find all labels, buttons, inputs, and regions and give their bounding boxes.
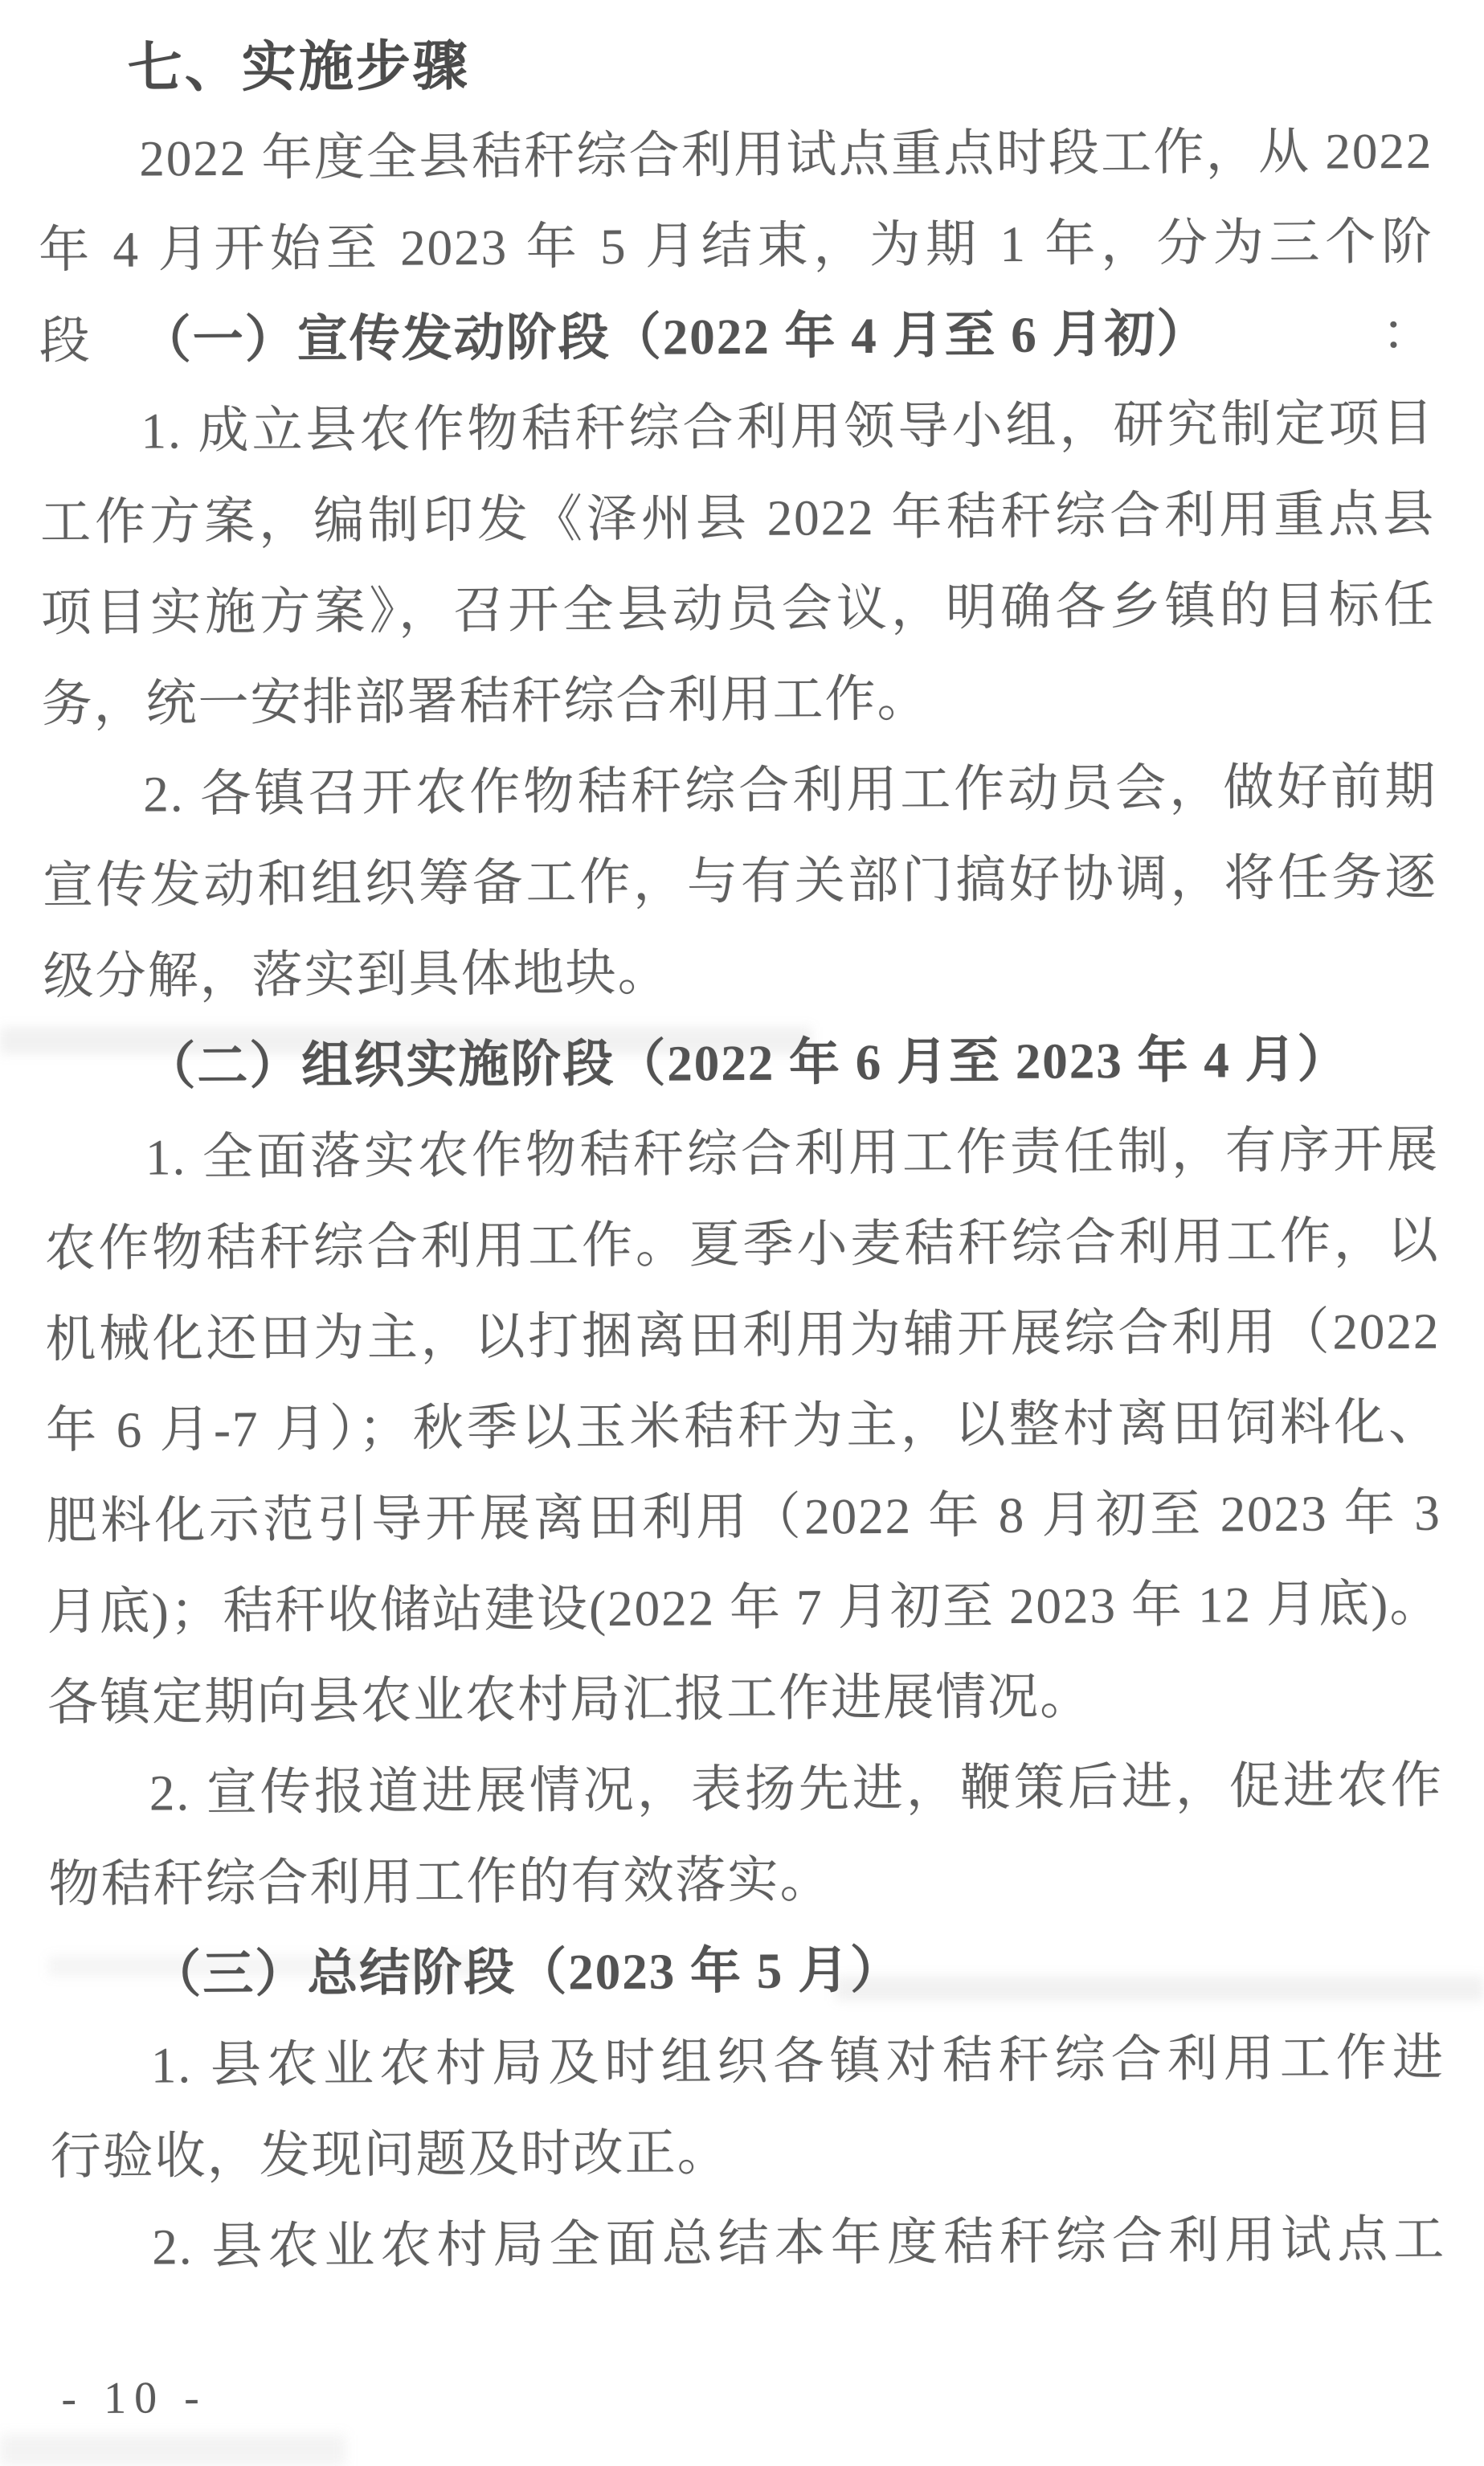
text-line: 年 4 月开始至 2023 年 5 月结束，为期 1 年，分为三个阶段： — [39, 197, 1434, 296]
page-number: - 10 - — [61, 2358, 207, 2439]
scan-artifact — [0, 2435, 345, 2466]
text-line: 2. 县农业农村局全面总结本年度秸秆综合利用试点工 — [51, 2194, 1446, 2294]
text-line: 年 6 月-7 月）；秋季以玉米秸秆为主，以整村离田饲料化、 — [46, 1377, 1441, 1477]
text-line: 项目实施方案》，召开全县动员会议，明确各乡镇的目标任 — [41, 560, 1437, 660]
section-heading-stage-3: （三）总结阶段（2023 年 5 月） — [49, 1922, 1445, 2022]
text-line: 2. 各镇召开农作物秸秆综合利用工作动员会，做好前期 — [42, 742, 1437, 841]
section-heading-main: 七、实施步骤 — [37, 15, 1433, 115]
text-line: 1. 全面落实农作物秸秆综合利用工作责任制，有序开展 — [44, 1105, 1440, 1204]
text-line: 宣传发动和组织筹备工作，与有关部门搞好协调，将任务逐 — [43, 832, 1438, 932]
text-line: 工作方案，编制印发《泽州县 2022 年秸秆综合利用重点县 — [40, 469, 1436, 569]
text-line: 机械化还田为主，以打捆离田利用为辅开展综合利用（2022 — [45, 1286, 1441, 1386]
text-line: 1. 县农业农村局及时组织各镇对秸秆综合利用工作进 — [50, 2013, 1445, 2112]
section-heading-stage-2: （二）组织实施阶段（2022 年 6 月至 2023 年 4 月） — [43, 1014, 1439, 1114]
text-line: 1. 成立县农作物秸秆综合利用领导小组，研究制定项目 — [39, 378, 1435, 478]
text-line: 级分解，落实到具体地块。 — [43, 923, 1438, 1023]
text-line: 农作物秸秆综合利用工作。夏季小麦秸秆综合利用工作，以 — [44, 1196, 1440, 1295]
text-line: 物秸秆综合利用工作的有效落实。 — [48, 1831, 1444, 1931]
document-content: 七、实施步骤 2022 年度全县秸秆综合利用试点重点时段工作，从 2022 年 … — [37, 15, 1445, 2294]
text-line: 肥料化示范引导开展离田利用（2022 年 8 月初至 2023 年 3 — [46, 1468, 1441, 1568]
text-line: 务，统一安排部署秸秆综合利用工作。 — [41, 651, 1437, 750]
document-page: 七、实施步骤 2022 年度全县秸秆综合利用试点重点时段工作，从 2022 年 … — [0, 0, 1484, 2466]
text-line: 2022 年度全县秸秆综合利用试点重点时段工作，从 2022 — [38, 106, 1433, 206]
text-line: 月底)；秸秆收储站建设(2022 年 7 月初至 2023 年 12 月底)。 — [47, 1559, 1442, 1658]
text-line: 各镇定期向县农业农村局汇报工作进展情况。 — [47, 1650, 1443, 1749]
text-line: 2. 宣传报道进展情况，表扬先进，鞭策后进，促进农作 — [48, 1740, 1444, 1840]
text-line: 行验收，发现问题及时改正。 — [50, 2104, 1445, 2203]
